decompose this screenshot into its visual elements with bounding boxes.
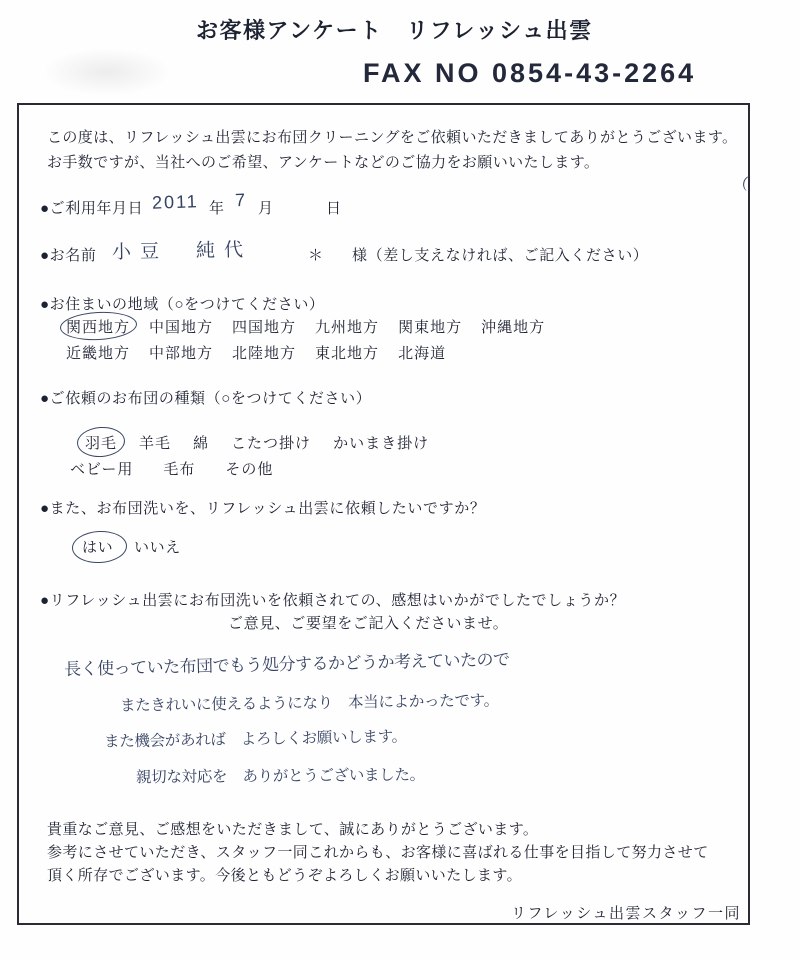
closing-line-3: 頂く所存でございます。今後ともどうぞよろしくお願いいたします。 (47, 864, 522, 885)
scanned-survey-page: お客様アンケート リフレッシュ出雲 FAX NO 0854-43-2264 この… (0, 0, 800, 961)
futon-option-cotton: 綿 (193, 432, 209, 453)
region-option-chugoku: 中国地方 (149, 316, 213, 337)
closing-line-2: 参考にさせていただき、スタッフ一同これからも、お客様に喜ばれる仕事を目指して努力… (47, 841, 709, 862)
region-option-kyushu: 九州地方 (315, 316, 379, 337)
futon-option-kaimaki-cover: かいまき掛け (333, 432, 429, 453)
region-label: ●お住まいの地域（○をつけてください） (40, 293, 325, 314)
scan-smudge (42, 48, 172, 96)
region-option-tohoku: 東北地方 (315, 342, 379, 363)
region-option-kinki: 近畿地方 (66, 342, 130, 363)
futon-row-1: 羽毛 羊毛 綿 こたつ掛け かいまき掛け (85, 432, 429, 453)
name-asterisk: ＊ (308, 244, 324, 265)
futon-option-blanket: 毛布 (163, 458, 195, 479)
futon-option-kotatsu-cover: こたつ掛け (231, 432, 311, 453)
futon-option-baby: ベビー用 (70, 458, 133, 479)
year-unit: 年 (209, 197, 225, 218)
region-option-chubu: 中部地方 (149, 342, 213, 363)
page-title: お客様アンケート リフレッシュ出雲 (196, 14, 593, 45)
futon-row-2: ベビー用 毛布 その他 (70, 458, 273, 479)
name-note: 様（差し支えなければ、ご記入ください） (352, 244, 648, 265)
name-label: ●お名前 (40, 244, 96, 265)
region-row-2: 近畿地方 中部地方 北陸地方 東北地方 北海道 (66, 342, 446, 363)
region-option-okinawa: 沖縄地方 (481, 316, 545, 337)
day-unit: 日 (326, 197, 342, 218)
region-option-hokkaido: 北海道 (398, 342, 446, 363)
futon-option-down: 羽毛 (85, 432, 117, 453)
month-unit: 月 (258, 197, 274, 218)
fax-number-line: FAX NO 0854-43-2264 (363, 58, 696, 89)
closing-line-1: 貴重なご意見、ご感想をいただきまして、誠にありがとうございます。 (47, 818, 538, 839)
staff-signature: リフレッシュ出雲スタッフ一同 (511, 902, 741, 923)
futon-option-other: その他 (225, 458, 273, 479)
intro-line-1: この度は、リフレッシュ出雲にお布団クリーニングをご依頼いただきましてありがとうご… (47, 126, 737, 147)
futon-type-label: ●ご依頼のお布団の種類（○をつけてください） (40, 387, 371, 408)
handwritten-comment-4: 親切な対応を ありがとうございました。 (136, 763, 425, 788)
region-option-kansai: 関西地方 (66, 316, 130, 337)
repeat-request-label: ●また、お布団洗いを、リフレッシュ出雲に依頼したいですか？ (40, 497, 485, 518)
handwritten-year: 2011 (152, 191, 199, 214)
futon-option-wool: 羊毛 (139, 432, 171, 453)
repeat-option-no: いいえ (134, 536, 181, 557)
intro-line-2: お手数ですが、当社へのご希望、アンケートなどのご協力をお願いいたします。 (47, 151, 599, 172)
region-option-kanto: 関東地方 (398, 316, 462, 337)
region-option-shikoku: 四国地方 (232, 316, 296, 337)
impression-label: ●リフレッシュ出雲にお布団洗いを依頼されての、感想はいかがでしたでしょうか？ (40, 589, 625, 610)
region-option-hokuriku: 北陸地方 (232, 342, 296, 363)
handwritten-name: 小豆 純代 (112, 235, 252, 264)
impression-sublabel: ご意見、ご要望をご記入くださいませ。 (228, 612, 508, 633)
repeat-option-yes: はい (82, 536, 113, 557)
date-label: ●ご利用年月日 (40, 197, 143, 218)
handwritten-month: 7 (235, 190, 248, 211)
region-row-1: 関西地方 中国地方 四国地方 九州地方 関東地方 沖縄地方 (66, 316, 545, 337)
